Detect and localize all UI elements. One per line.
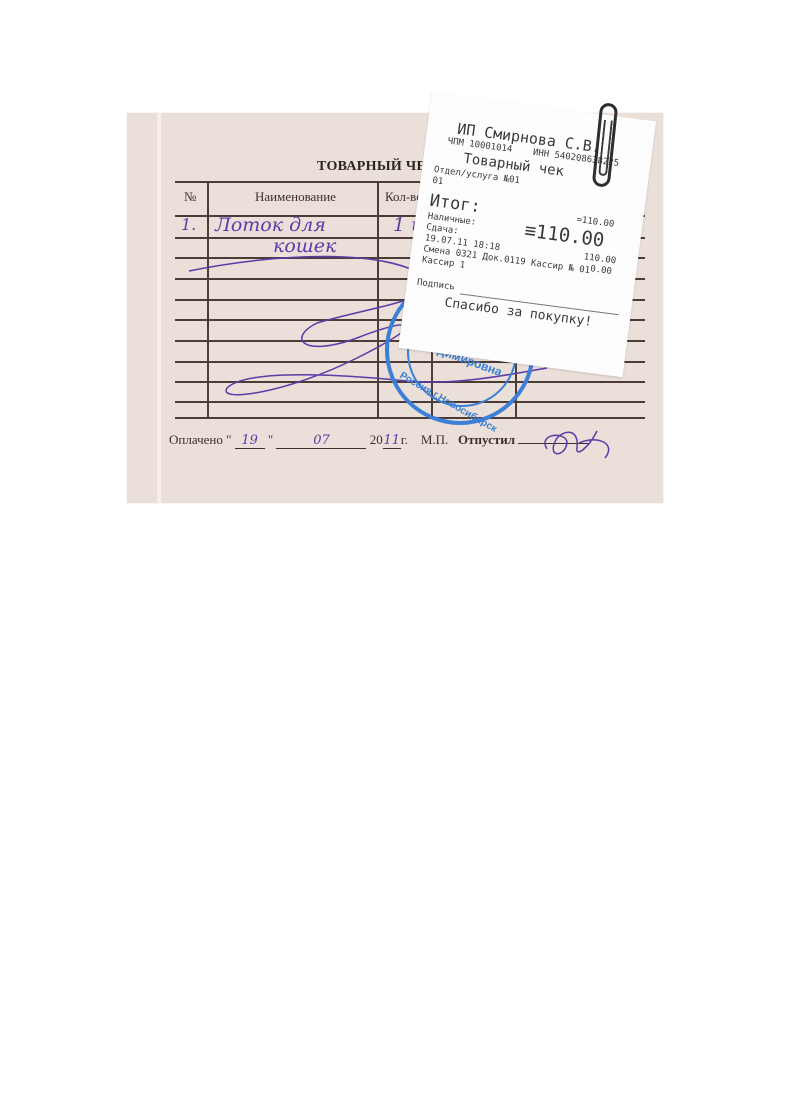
receipt-change-value: 0.00 [590, 264, 613, 277]
receipt-dept-code: 01 [432, 176, 444, 187]
receipt-signature-label: Подпись [416, 278, 455, 293]
receipt-merchant: ИП Смирнова С.В. [456, 120, 602, 157]
cash-register-receipt: ИП Смирнова С.В. ЧПМ 10001014 ИНН 540208… [398, 92, 656, 377]
receipt-cash-value: 110.00 [583, 252, 617, 266]
